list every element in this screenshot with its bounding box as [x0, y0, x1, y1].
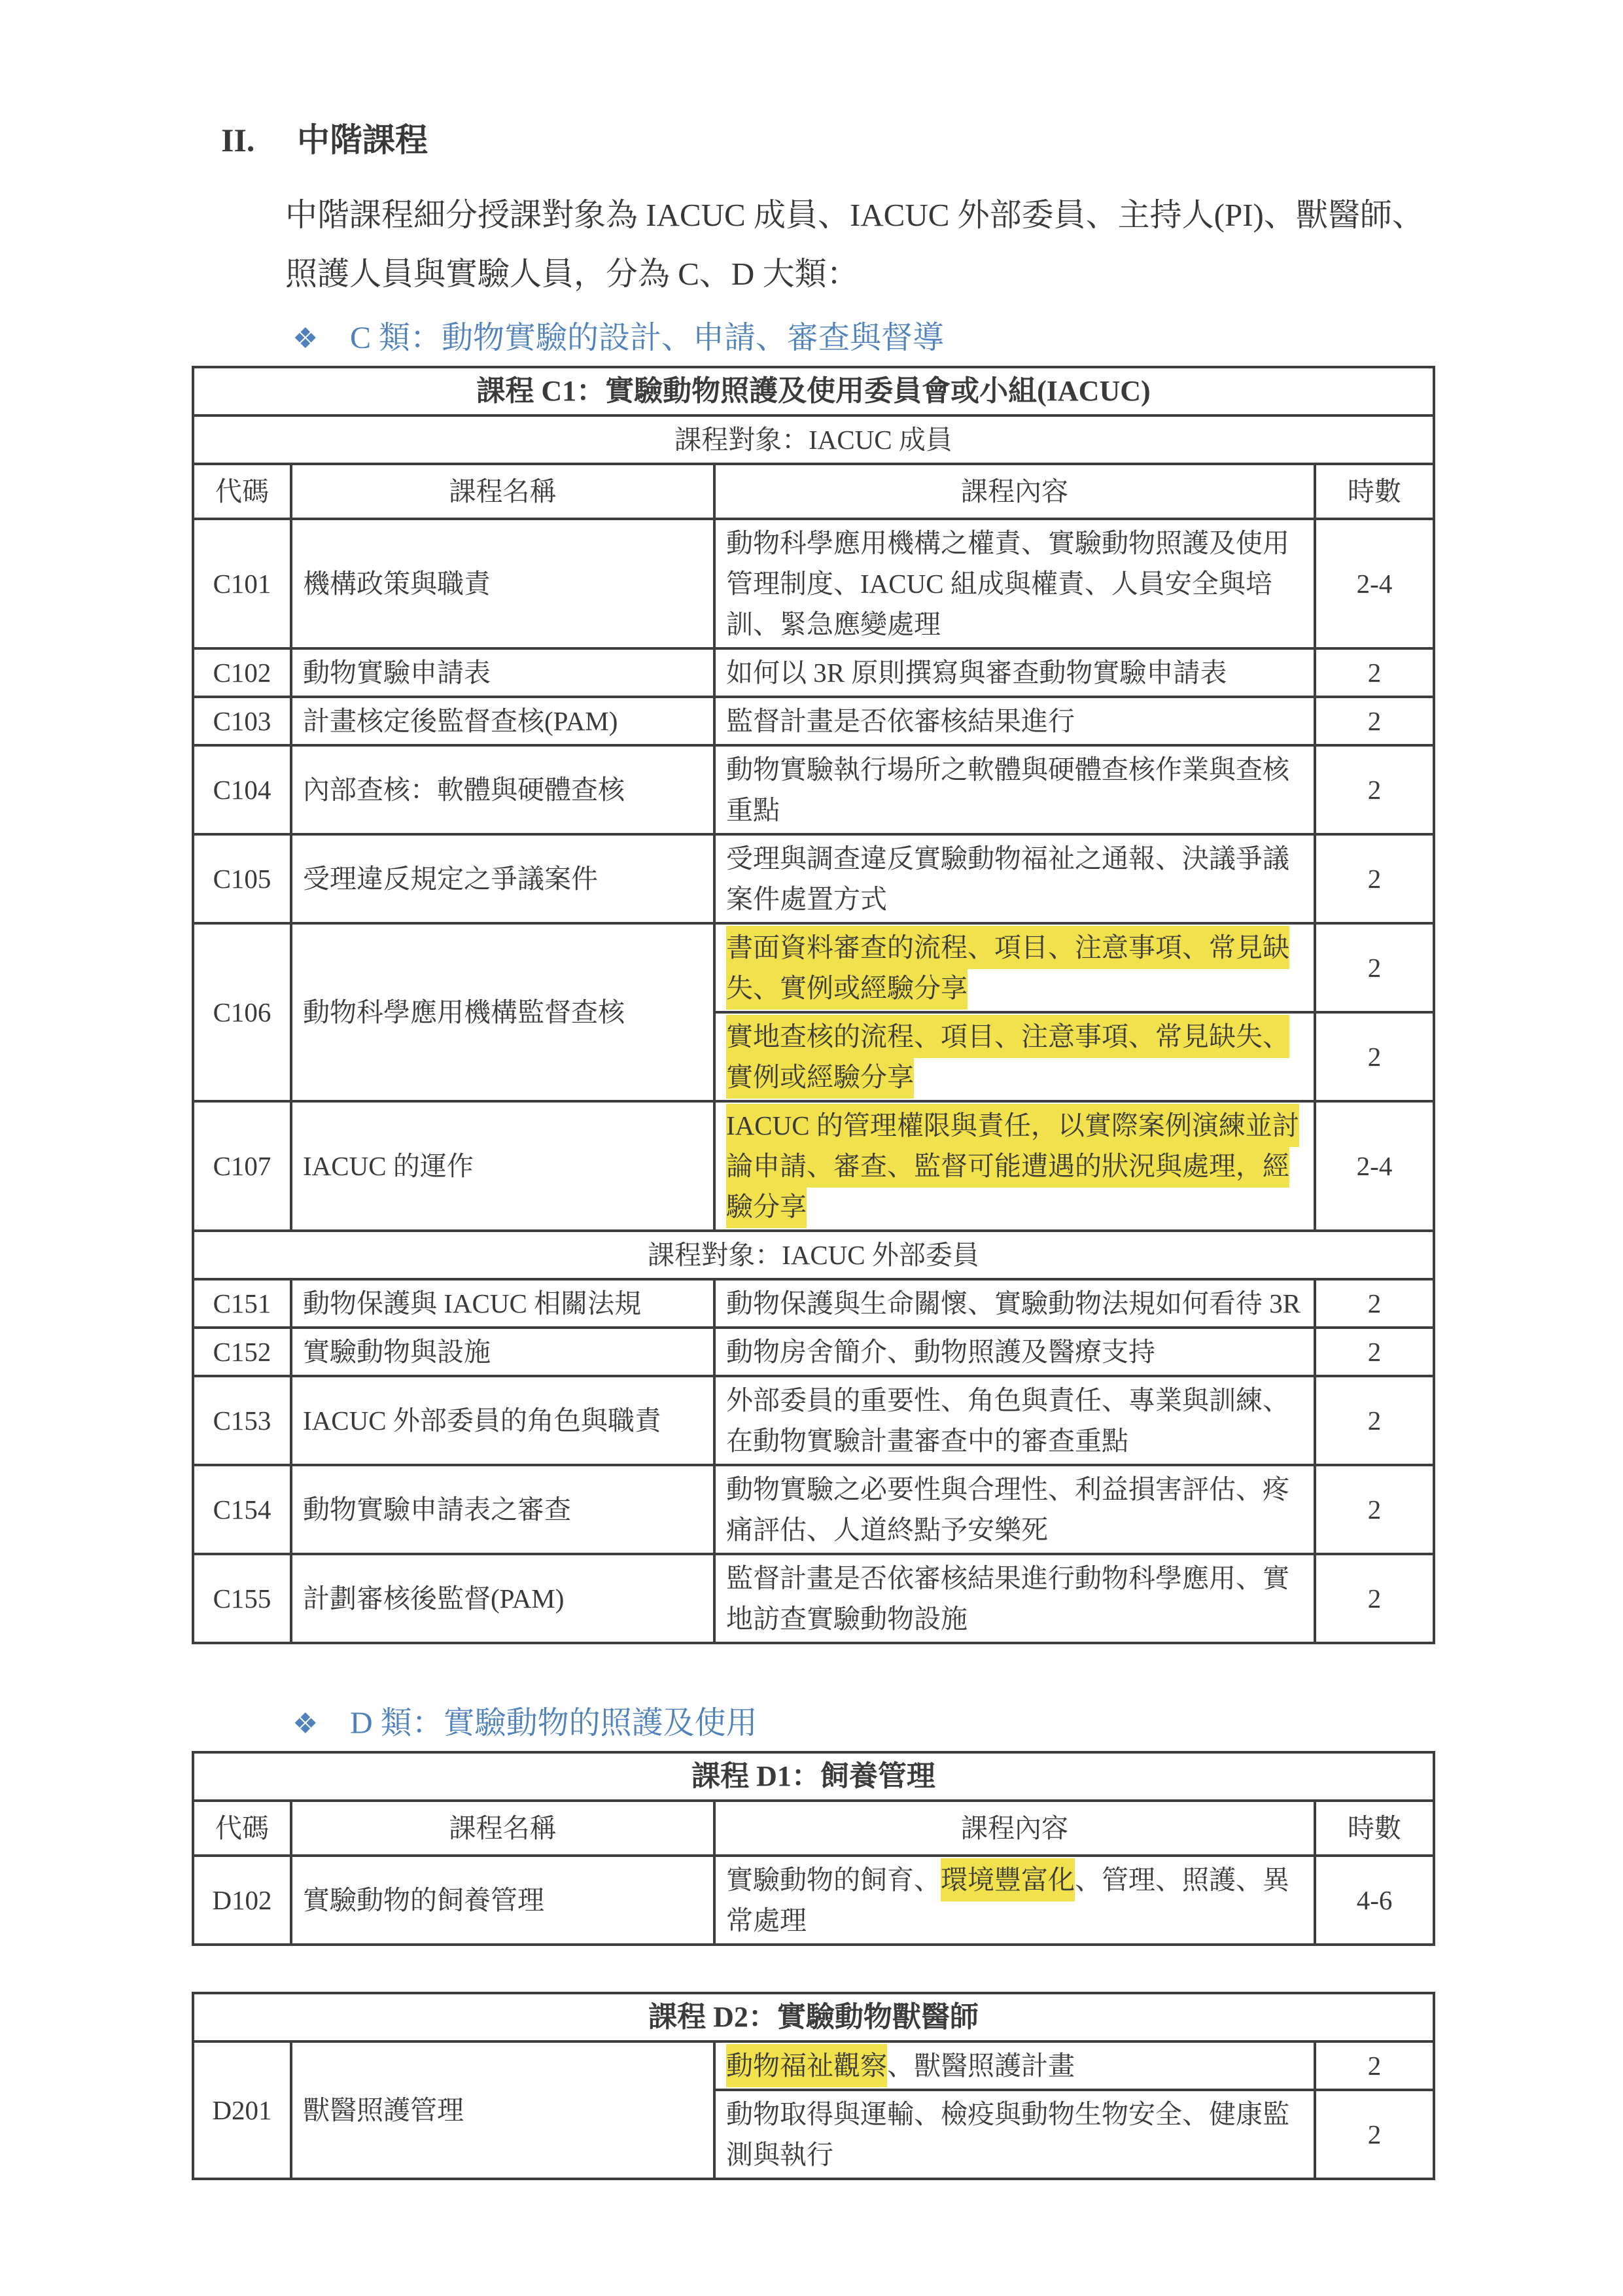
content-text: 動物實驗之必要性與合理性、利益損害評估、疼痛評估、人道終點予安樂死: [726, 1474, 1289, 1545]
hours-cell: 2: [1315, 2041, 1434, 2090]
course-row: C104內部查核：軟體與硬體查核動物實驗執行場所之軟體與硬體查核作業與查核重點2: [193, 745, 1434, 834]
table-subtitle-row: 課程對象：IACUC 外部委員: [193, 1231, 1434, 1279]
table-title-row: 課程 D2：實驗動物獸醫師: [193, 1993, 1434, 2041]
hours-cell: 2: [1315, 2090, 1434, 2179]
hours-cell: 2: [1315, 1465, 1434, 1554]
code-cell: C101: [193, 519, 291, 648]
column-header-0: 代碼: [193, 464, 291, 519]
content-cell: 動物福祉觀察、獸醫照護計畫: [714, 2041, 1315, 2090]
content-text: 動物科學應用機構之權責、實驗動物照護及使用管理制度、IACUC 組成與權責、人員…: [726, 528, 1289, 639]
code-cell: C104: [193, 745, 291, 834]
code-cell: C105: [193, 834, 291, 923]
name-cell: 計劃審核後監督(PAM): [291, 1554, 714, 1643]
code-cell: C151: [193, 1279, 291, 1328]
content-text: 監督計畫是否依審核結果進行: [726, 706, 1075, 736]
course-table-d1: 課程 D1：飼養管理代碼課程名稱課程內容時數D102實驗動物的飼養管理實驗動物的…: [192, 1751, 1435, 1946]
code-cell: D102: [193, 1856, 291, 1945]
table-title: 課程 D2：實驗動物獸醫師: [193, 1993, 1434, 2041]
code-cell: D201: [193, 2041, 291, 2179]
intro-line-2: 照護人員與實驗人員，分為 C、D 大類：: [285, 245, 1505, 304]
column-header-row: 代碼課程名稱課程內容時數: [193, 1801, 1434, 1856]
content-cell: 動物實驗之必要性與合理性、利益損害評估、疼痛評估、人道終點予安樂死: [714, 1465, 1315, 1554]
hours-cell: 2: [1315, 648, 1434, 697]
name-cell: IACUC 外部委員的角色與職責: [291, 1376, 714, 1465]
highlighted-text: 實地查核的流程、項目、注意事項、常見缺失、實例或經驗分享: [726, 1015, 1289, 1099]
section-title-text: 中階課程: [297, 122, 428, 158]
table-body: 課程 D2：實驗動物獸醫師D201獸醫照護管理動物福祉觀察、獸醫照護計畫2動物取…: [193, 1993, 1434, 2179]
hours-cell: 2: [1315, 697, 1434, 745]
diamond-bullet-icon: ❖: [292, 1705, 350, 1743]
course-row: D201獸醫照護管理動物福祉觀察、獸醫照護計畫2: [193, 2041, 1434, 2090]
highlighted-text: IACUC 的管理權限與責任，以實際案例演練並討論申請、審查、監督可能遭遇的狀況…: [726, 1104, 1299, 1228]
name-cell: 動物實驗申請表: [291, 648, 714, 697]
name-cell: 計畫核定後監督查核(PAM): [291, 697, 714, 745]
hours-cell: 4-6: [1315, 1856, 1434, 1945]
column-header-3: 時數: [1315, 1801, 1434, 1856]
category-heading-label: C 類：動物實驗的設計、申請、審查與督導: [350, 321, 944, 355]
highlighted-text: 環境豐富化: [941, 1858, 1075, 1901]
table-title-row: 課程 C1：實驗動物照護及使用委員會或小組(IACUC): [193, 367, 1434, 415]
name-cell: 獸醫照護管理: [291, 2041, 714, 2179]
category-heading-label: D 類：實驗動物的照護及使用: [350, 1706, 758, 1740]
course-row: C106動物科學應用機構監督查核書面資料審查的流程、項目、注意事項、常見缺失、實…: [193, 923, 1434, 1012]
content-text: 監督計畫是否依審核結果進行動物科學應用、實地訪查實驗動物設施: [726, 1563, 1289, 1634]
content-text: 實驗動物的飼育、: [726, 1865, 941, 1895]
hours-cell: 2-4: [1315, 519, 1434, 648]
category-heading-c: ❖C 類：動物實驗的設計、申請、審查與督導: [292, 319, 1623, 358]
content-cell: 外部委員的重要性、角色與責任、專業與訓練、在動物實驗計畫審查中的審查重點: [714, 1376, 1315, 1465]
course-table-c1: 課程 C1：實驗動物照護及使用委員會或小組(IACUC)課程對象：IACUC 成…: [192, 366, 1435, 1644]
content-cell: 動物房舍簡介、動物照護及醫療支持: [714, 1328, 1315, 1376]
intro-line-1: 中階課程細分授課對象為 IACUC 成員、IACUC 外部委員、主持人(PI)、…: [285, 186, 1505, 245]
course-row: D102實驗動物的飼養管理實驗動物的飼育、環境豐富化、管理、照護、異常處理4-6: [193, 1856, 1434, 1945]
course-table-d2: 課程 D2：實驗動物獸醫師D201獸醫照護管理動物福祉觀察、獸醫照護計畫2動物取…: [192, 1992, 1435, 2180]
course-catalog: ❖C 類：動物實驗的設計、申請、審查與督導課程 C1：實驗動物照護及使用委員會或…: [0, 319, 1623, 2180]
intro-paragraph: 中階課程細分授課對象為 IACUC 成員、IACUC 外部委員、主持人(PI)、…: [285, 186, 1505, 304]
column-header-3: 時數: [1315, 464, 1434, 519]
course-row: C155計劃審核後監督(PAM)監督計畫是否依審核結果進行動物科學應用、實地訪查…: [193, 1554, 1434, 1643]
hours-cell: 2: [1315, 1376, 1434, 1465]
hours-cell: 2: [1315, 745, 1434, 834]
code-cell: C154: [193, 1465, 291, 1554]
content-cell: 監督計畫是否依審核結果進行: [714, 697, 1315, 745]
content-cell: IACUC 的管理權限與責任，以實際案例演練並討論申請、審查、監督可能遭遇的狀況…: [714, 1101, 1315, 1231]
code-cell: C153: [193, 1376, 291, 1465]
content-cell: 動物保護與生命關懷、實驗動物法規如何看待 3R: [714, 1279, 1315, 1328]
column-header-1: 課程名稱: [291, 464, 714, 519]
name-cell: 動物實驗申請表之審查: [291, 1465, 714, 1554]
code-cell: C152: [193, 1328, 291, 1376]
table-subtitle: 課程對象：IACUC 成員: [193, 415, 1434, 464]
hours-cell: 2: [1315, 1279, 1434, 1328]
table-body: 課程 D1：飼養管理代碼課程名稱課程內容時數D102實驗動物的飼養管理實驗動物的…: [193, 1752, 1434, 1945]
content-text: 外部委員的重要性、角色與責任、專業與訓練、在動物實驗計畫審查中的審查重點: [726, 1385, 1289, 1456]
highlighted-text: 書面資料審查的流程、項目、注意事項、常見缺失、實例或經驗分享: [726, 926, 1289, 1010]
content-text: 動物保護與生命關懷、實驗動物法規如何看待 3R: [726, 1288, 1300, 1318]
content-cell: 動物實驗執行場所之軟體與硬體查核作業與查核重點: [714, 745, 1315, 834]
course-row: C103計畫核定後監督查核(PAM)監督計畫是否依審核結果進行2: [193, 697, 1434, 745]
name-cell: IACUC 的運作: [291, 1101, 714, 1231]
section-number: II.: [221, 120, 297, 160]
course-row: C151動物保護與 IACUC 相關法規動物保護與生命關懷、實驗動物法規如何看待…: [193, 1279, 1434, 1328]
course-row: C102動物實驗申請表如何以 3R 原則撰寫與審查動物實驗申請表2: [193, 648, 1434, 697]
content-text: 動物房舍簡介、動物照護及醫療支持: [726, 1337, 1155, 1367]
hours-cell: 2: [1315, 1012, 1434, 1101]
content-cell: 實驗動物的飼育、環境豐富化、管理、照護、異常處理: [714, 1856, 1315, 1945]
course-row: C154動物實驗申請表之審查動物實驗之必要性與合理性、利益損害評估、疼痛評估、人…: [193, 1465, 1434, 1554]
name-cell: 實驗動物的飼養管理: [291, 1856, 714, 1945]
hours-cell: 2: [1315, 1328, 1434, 1376]
name-cell: 動物保護與 IACUC 相關法規: [291, 1279, 714, 1328]
course-row: C107IACUC 的運作IACUC 的管理權限與責任，以實際案例演練並討論申請…: [193, 1101, 1434, 1231]
hours-cell: 2: [1315, 1554, 1434, 1643]
content-text: 動物取得與運輸、檢疫與動物生物安全、健康監測與執行: [726, 2099, 1289, 2170]
name-cell: 動物科學應用機構監督查核: [291, 923, 714, 1101]
section-title: II.中階課程: [221, 120, 1623, 160]
content-cell: 如何以 3R 原則撰寫與審查動物實驗申請表: [714, 648, 1315, 697]
table-title: 課程 C1：實驗動物照護及使用委員會或小組(IACUC): [193, 367, 1434, 415]
content-cell: 動物取得與運輸、檢疫與動物生物安全、健康監測與執行: [714, 2090, 1315, 2179]
course-row: C153IACUC 外部委員的角色與職責外部委員的重要性、角色與責任、專業與訓練…: [193, 1376, 1434, 1465]
content-cell: 實地查核的流程、項目、注意事項、常見缺失、實例或經驗分享: [714, 1012, 1315, 1101]
content-cell: 動物科學應用機構之權責、實驗動物照護及使用管理制度、IACUC 組成與權責、人員…: [714, 519, 1315, 648]
code-cell: C103: [193, 697, 291, 745]
table-body: 課程 C1：實驗動物照護及使用委員會或小組(IACUC)課程對象：IACUC 成…: [193, 367, 1434, 1643]
table-subtitle-row: 課程對象：IACUC 成員: [193, 415, 1434, 464]
hours-cell: 2-4: [1315, 1101, 1434, 1231]
code-cell: C107: [193, 1101, 291, 1231]
hours-cell: 2: [1315, 923, 1434, 1012]
name-cell: 實驗動物與設施: [291, 1328, 714, 1376]
content-cell: 書面資料審查的流程、項目、注意事項、常見缺失、實例或經驗分享: [714, 923, 1315, 1012]
content-cell: 受理與調查違反實驗動物福祉之通報、決議爭議案件處置方式: [714, 834, 1315, 923]
course-row: C101機構政策與職責動物科學應用機構之權責、實驗動物照護及使用管理制度、IAC…: [193, 519, 1434, 648]
course-row: C105受理違反規定之爭議案件受理與調查違反實驗動物福祉之通報、決議爭議案件處置…: [193, 834, 1434, 923]
table-title-row: 課程 D1：飼養管理: [193, 1752, 1434, 1801]
hours-cell: 2: [1315, 834, 1434, 923]
diamond-bullet-icon: ❖: [292, 320, 350, 358]
name-cell: 內部查核：軟體與硬體查核: [291, 745, 714, 834]
table-subtitle: 課程對象：IACUC 外部委員: [193, 1231, 1434, 1279]
code-cell: C155: [193, 1554, 291, 1643]
content-text: 受理與調查違反實驗動物福祉之通報、決議爭議案件處置方式: [726, 843, 1289, 914]
code-cell: C102: [193, 648, 291, 697]
column-header-2: 課程內容: [714, 1801, 1315, 1856]
content-cell: 監督計畫是否依審核結果進行動物科學應用、實地訪查實驗動物設施: [714, 1554, 1315, 1643]
content-text: 如何以 3R 原則撰寫與審查動物實驗申請表: [726, 658, 1227, 688]
course-row: C152實驗動物與設施動物房舍簡介、動物照護及醫療支持2: [193, 1328, 1434, 1376]
column-header-0: 代碼: [193, 1801, 291, 1856]
name-cell: 機構政策與職責: [291, 519, 714, 648]
code-cell: C106: [193, 923, 291, 1101]
content-text: 、獸醫照護計畫: [887, 2051, 1075, 2081]
column-header-1: 課程名稱: [291, 1801, 714, 1856]
name-cell: 受理違反規定之爭議案件: [291, 834, 714, 923]
table-title: 課程 D1：飼養管理: [193, 1752, 1434, 1801]
column-header-row: 代碼課程名稱課程內容時數: [193, 464, 1434, 519]
column-header-2: 課程內容: [714, 464, 1315, 519]
content-text: 動物實驗執行場所之軟體與硬體查核作業與查核重點: [726, 754, 1289, 825]
category-heading-d: ❖D 類：實驗動物的照護及使用: [292, 1704, 1623, 1743]
highlighted-text: 動物福祉觀察: [726, 2044, 887, 2087]
